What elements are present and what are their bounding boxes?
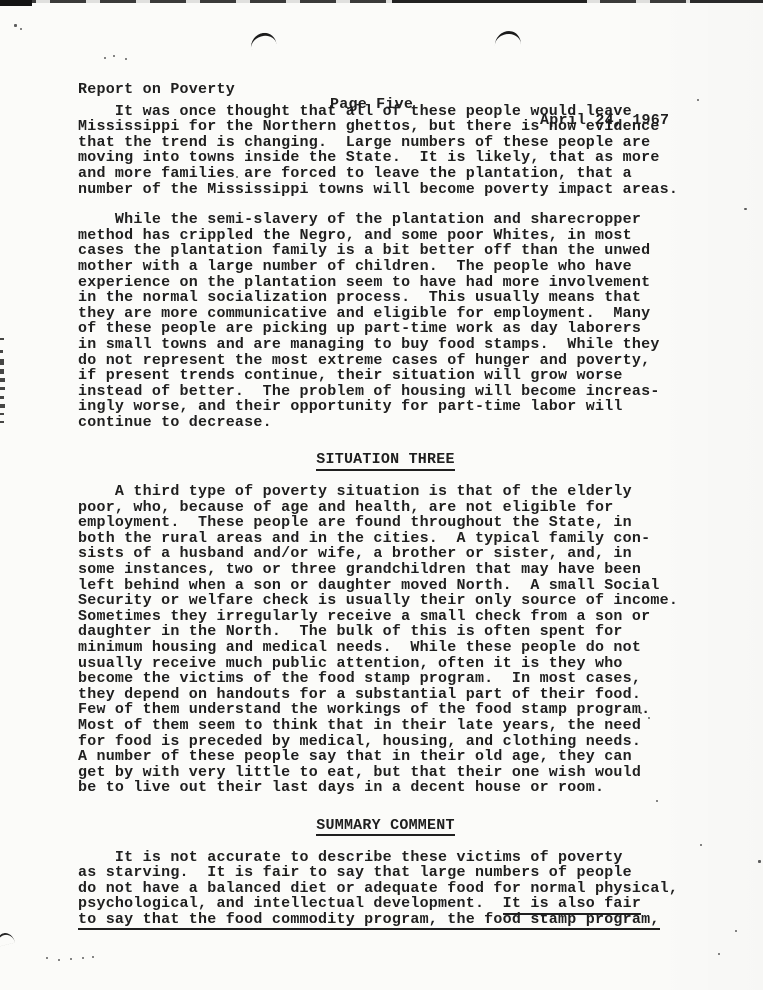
underlined-text: to say that the food commodity program, … [78,911,660,931]
text-line: that the trend is changing. Large number… [78,135,693,151]
scanned-document-page: Report on Poverty Page Five April 24, 19… [0,0,763,990]
scan-speck [697,99,699,101]
text-line: and more families are forced to leave th… [78,166,693,182]
text-line: daughter in the North. The bulk of this … [78,624,693,640]
scan-speck [125,58,127,60]
paperclip-mark-right [495,31,522,47]
scan-speck [0,338,4,340]
text-line: get by with very little to eat, but that… [78,765,693,781]
text-line: to say that the food commodity program, … [78,912,693,928]
document-content: Report on Poverty Page Five April 24, 19… [78,66,693,943]
scan-speck [20,28,22,30]
text-line: become the victims of the food stamp pro… [78,671,693,687]
text-line: minimum housing and medical needs. While… [78,640,693,656]
text-line: Few of them understand the workings of t… [78,702,693,718]
section-heading: SITUATION THREE [78,452,693,468]
scan-speck [735,930,737,932]
text-line: A number of these people say that in the… [78,749,693,765]
scan-speck [0,421,4,423]
text-line: While the semi-slavery of the plantation… [78,212,693,228]
text-line: they are more communicative and eligible… [78,306,693,322]
scan-speck [718,953,720,955]
text-line: A third type of poverty situation is tha… [78,484,693,500]
text-line: in small towns and are managing to buy f… [78,337,693,353]
text-line: sists of a husband and/or wife, a brothe… [78,546,693,562]
scan-speck [113,55,115,57]
text-line: moving into towns inside the State. It i… [78,150,693,166]
text-line: if present trends continue, their situat… [78,368,693,384]
paragraph: It is not accurate to describe these vic… [78,850,693,928]
scan-speck [46,957,48,959]
scan-speck [0,404,5,408]
text-line: some instances, two or three grandchildr… [78,562,693,578]
text-line: for food is preceded by medical, housing… [78,734,693,750]
text-line: method has crippled the Negro, and some … [78,228,693,244]
text-line: mother with a large number of children. … [78,259,693,275]
text-line: ingly worse, and their opportunity for p… [78,399,693,415]
report-title: Report on Poverty [78,82,235,98]
scan-speck [92,956,94,958]
scan-speck [104,57,106,59]
scan-speck [58,959,60,961]
paragraph: While the semi-slavery of the plantation… [78,212,693,430]
scan-hook-mark [0,931,15,947]
scan-speck [0,413,4,415]
scan-edge-artifact [0,0,763,3]
text-line: number of the Mississippi towns will bec… [78,182,693,198]
document-blocks: It was once thought that all of these pe… [78,104,693,928]
text-line: in the normal socialization process. Thi… [78,290,693,306]
text-line: psychological, and intellectual developm… [78,896,693,912]
paperclip-mark-left [249,31,277,49]
text-line: continue to decrease. [78,415,693,431]
scan-edge-blob [0,0,32,6]
scan-edge-artifact [690,0,763,3]
text-line: be to live out their last days in a dece… [78,780,693,796]
scan-speck [0,369,4,374]
scan-speck [14,24,17,27]
text-line: Sometimes they irregularly receive a sma… [78,609,693,625]
report-date: April 24, 1967 [540,113,669,129]
scan-edge-artifact [392,0,587,3]
text-line: usually receive much public attention, o… [78,656,693,672]
scan-speck [744,208,747,210]
text-line: employment. These people are found throu… [78,515,693,531]
text-line: It is not accurate to describe these vic… [78,850,693,866]
scan-speck [0,387,5,390]
text-line: do not have a balanced diet or adequate … [78,881,693,897]
text-line: cases the plantation family is a bit bet… [78,243,693,259]
scan-speck [0,359,4,365]
text-line: as starving. It is fair to say that larg… [78,865,693,881]
scan-speck [0,396,4,399]
text-line: instead of better. The problem of housin… [78,384,693,400]
text-line: both the rural areas and in the cities. … [78,531,693,547]
text-line: Most of them seem to think that in their… [78,718,693,734]
scan-speck [758,860,761,863]
text-line: of these people are picking up part-time… [78,321,693,337]
page-header: Report on Poverty Page Five April 24, 19… [78,66,693,82]
text-line: Security or welfare check is usually the… [78,593,693,609]
scan-speck [0,378,5,382]
page-number: Page Five [330,97,413,113]
scan-speck [70,958,72,960]
text-line: experience on the plantation seem to hav… [78,275,693,291]
scan-speck [0,350,3,353]
scan-speck [700,844,702,846]
section-heading: SUMMARY COMMENT [78,818,693,834]
text-line: they depend on handouts for a substantia… [78,687,693,703]
paragraph: A third type of poverty situation is tha… [78,484,693,796]
text-line: poor, who, because of age and health, ar… [78,500,693,516]
text-line: left behind when a son or daughter moved… [78,578,693,594]
scan-speck [82,957,84,959]
text-line: do not represent the most extreme cases … [78,353,693,369]
